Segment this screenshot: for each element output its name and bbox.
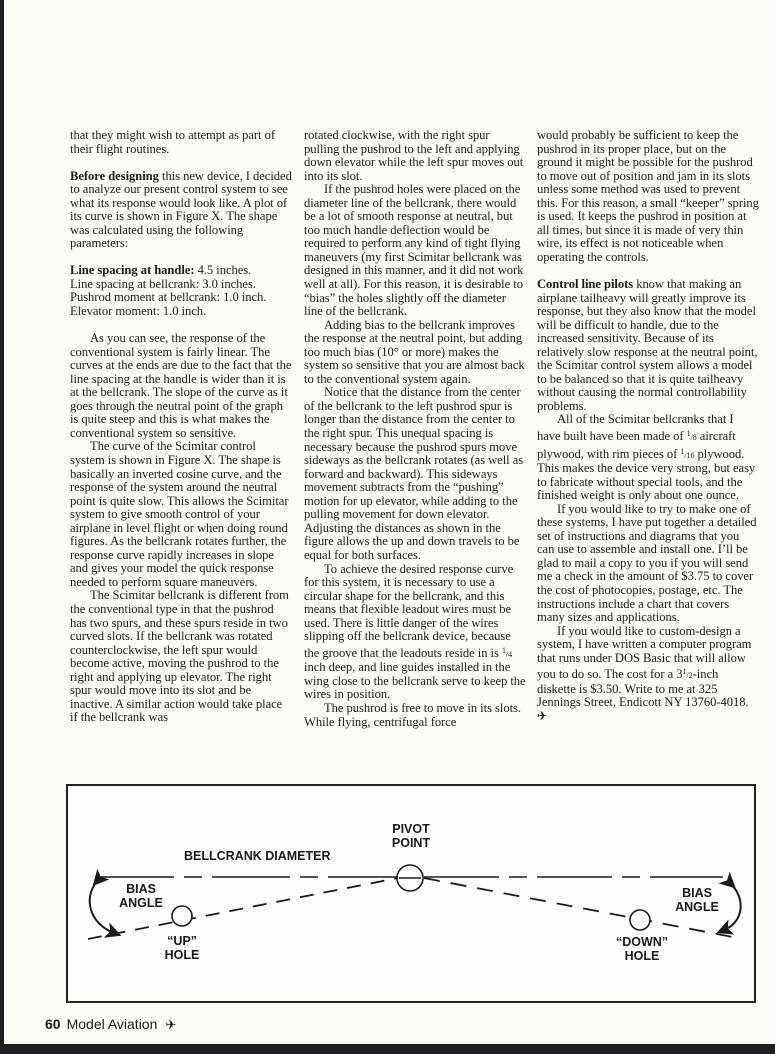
pivot-point-label: PIVOT POINT: [389, 822, 433, 850]
page-left-edge: [0, 0, 4, 1054]
bias-angle-arrow-left: [90, 880, 114, 933]
publication-name: Model Aviation: [67, 1016, 158, 1032]
paragraph: rotated clockwise, with the right spur p…: [304, 129, 527, 183]
paragraph: To achieve the desired response curve fo…: [304, 563, 527, 702]
bias-angle-label-left: BIAS ANGLE: [118, 882, 164, 910]
paragraph: All of the Scimitar bellcranks that I ha…: [537, 413, 759, 502]
paragraph: Notice that the distance from the center…: [304, 386, 527, 562]
paragraph: Adding bias to the bellcrank improves th…: [304, 319, 527, 387]
bias-angle-arrow-right: [724, 883, 741, 930]
pivot-point-circle: [397, 865, 423, 891]
parameter-item: Elevator moment: 1.0 inch.: [70, 305, 292, 319]
up-hole-label: “UP” HOLE: [160, 934, 204, 962]
down-hole-label: “DOWN” HOLE: [612, 935, 672, 963]
paragraph: If the pushrod holes were placed on the …: [304, 183, 527, 318]
run-in-heading: Before designing: [70, 169, 159, 183]
parameter-item: Line spacing at bellcrank: 3.0 inches.: [70, 278, 292, 292]
paragraph: The curve of the Scimitar control system…: [70, 440, 292, 589]
text-column-1: that they might wish to attempt as part …: [70, 129, 292, 725]
paragraph: The Scimitar bellcrank is different from…: [70, 589, 292, 724]
bias-angle-label-right: BIAS ANGLE: [674, 886, 720, 914]
bellcrank-diagram: BELLCRANK DIAMETER PIVOT POINT BIAS ANGL…: [66, 784, 756, 1003]
paragraph: that they might wish to attempt as part …: [70, 129, 292, 156]
bellcrank-diameter-label: BELLCRANK DIAMETER: [184, 849, 331, 863]
paragraph: would probably be sufficient to keep the…: [537, 129, 759, 264]
page-bottom-edge: [0, 1044, 775, 1054]
text-column-3: would probably be sufficient to keep the…: [537, 129, 759, 723]
end-mark-airplane-icon: ✈: [537, 709, 548, 723]
paragraph: Control line pilots know that making an …: [537, 278, 759, 413]
up-hole-circle: [172, 906, 192, 926]
parameter-item: Pushrod moment at bellcrank: 1.0 inch.: [70, 291, 292, 305]
paragraph: The pushrod is free to move in its slots…: [304, 702, 527, 729]
bellcrank-diagram-graphic: [68, 786, 754, 1001]
parameter-item: Line spacing at handle: 4.5 inches.: [70, 264, 292, 278]
run-in-heading: Control line pilots: [537, 277, 633, 291]
page-footer: 60Model Aviation✈: [45, 1016, 176, 1033]
text-column-2: rotated clockwise, with the right spur p…: [304, 129, 527, 729]
paragraph: As you can see, the response of the conv…: [70, 332, 292, 440]
down-hole-circle: [630, 910, 650, 930]
paragraph: Before designing this new device, I deci…: [70, 170, 292, 251]
airplane-icon: ✈: [165, 1017, 176, 1032]
paragraph: If you would like to try to make one of …: [537, 503, 759, 625]
paragraph: If you would like to custom-design a sys…: [537, 625, 759, 724]
page-number: 60: [45, 1016, 61, 1032]
